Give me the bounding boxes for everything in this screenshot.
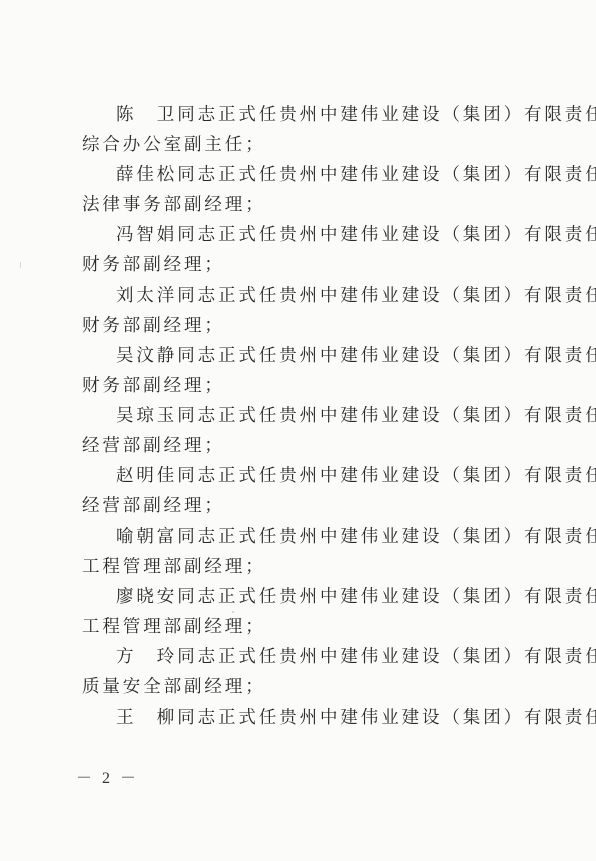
position-line: 财务部副经理； bbox=[82, 255, 225, 275]
position-line: 经营部副经理； bbox=[82, 436, 225, 456]
appointment-line: 刘太洋同志正式任贵州中建伟业建设（集团）有限责任公司 bbox=[116, 286, 596, 306]
appointment-text: 同志正式任贵州中建伟业建设（集团）有限责任公司 bbox=[177, 406, 596, 426]
person-name: 冯智娟 bbox=[116, 225, 177, 245]
appointment-text: 同志正式任贵州中建伟业建设（集团）有限责任公司 bbox=[177, 466, 596, 486]
appointment-text: 同志正式任贵州中建伟业建设（集团）有限责任公司 bbox=[177, 346, 596, 366]
appointment-line: 喻朝富同志正式任贵州中建伟业建设（集团）有限责任公司 bbox=[116, 527, 596, 547]
person-name: 玲 bbox=[157, 647, 177, 667]
person-name: 王 bbox=[116, 708, 136, 728]
person-name: 薛佳松 bbox=[116, 165, 177, 185]
scan-artifact bbox=[20, 262, 21, 268]
appointment-line: 吴汶静同志正式任贵州中建伟业建设（集团）有限责任公司 bbox=[116, 346, 596, 366]
appointment-text: 同志正式任贵州中建伟业建设（集团）有限责任公司 bbox=[177, 105, 596, 125]
appointment-text: 同志正式任贵州中建伟业建设（集团）有限责任公司 bbox=[177, 587, 596, 607]
position-line: 财务部副经理； bbox=[82, 316, 225, 336]
appointment-text: 同志正式任贵州中建伟业建设（集团）有限责任公司 bbox=[177, 708, 596, 728]
appointment-line: 薛佳松同志正式任贵州中建伟业建设（集团）有限责任公司 bbox=[116, 165, 596, 185]
appointment-line: 赵明佳同志正式任贵州中建伟业建设（集团）有限责任公司 bbox=[116, 466, 596, 486]
appointment-text: 同志正式任贵州中建伟业建设（集团）有限责任公司 bbox=[177, 165, 596, 185]
scan-artifact bbox=[232, 611, 234, 613]
appointment-line: 王柳同志正式任贵州中建伟业建设（集团）有限责任公司 bbox=[116, 708, 596, 728]
position-line: 经营部副经理； bbox=[82, 496, 225, 516]
appointment-text: 同志正式任贵州中建伟业建设（集团）有限责任公司 bbox=[177, 225, 596, 245]
position-line: 财务部副经理； bbox=[82, 376, 225, 396]
position-line: 综合办公室副主任； bbox=[82, 135, 266, 155]
position-line: 工程管理部副经理； bbox=[82, 617, 266, 637]
appointment-text: 同志正式任贵州中建伟业建设（集团）有限责任公司 bbox=[177, 527, 596, 547]
person-name: 陈 bbox=[116, 105, 136, 125]
appointment-text: 同志正式任贵州中建伟业建设（集团）有限责任公司 bbox=[177, 286, 596, 306]
position-line: 质量安全部副经理； bbox=[82, 677, 266, 697]
page-number: － 2 － bbox=[76, 769, 139, 789]
person-name: 廖晓安 bbox=[116, 587, 177, 607]
position-line: 工程管理部副经理； bbox=[82, 557, 266, 577]
appointment-text: 同志正式任贵州中建伟业建设（集团）有限责任公司 bbox=[177, 647, 596, 667]
appointment-line: 陈卫同志正式任贵州中建伟业建设（集团）有限责任公司 bbox=[116, 105, 596, 125]
position-line: 法律事务部副经理； bbox=[82, 195, 266, 215]
person-name: 柳 bbox=[157, 708, 177, 728]
person-name: 赵明佳 bbox=[116, 466, 177, 486]
document-page: 陈卫同志正式任贵州中建伟业建设（集团）有限责任公司 综合办公室副主任； 薛佳松同… bbox=[0, 0, 596, 861]
person-name: 刘太洋 bbox=[116, 286, 177, 306]
person-name: 方 bbox=[116, 647, 136, 667]
appointment-line: 吴琼玉同志正式任贵州中建伟业建设（集团）有限责任公司 bbox=[116, 406, 596, 426]
person-name: 喻朝富 bbox=[116, 527, 177, 547]
person-name: 卫 bbox=[157, 105, 177, 125]
appointment-line: 廖晓安同志正式任贵州中建伟业建设（集团）有限责任公司 bbox=[116, 587, 596, 607]
person-name: 吴汶静 bbox=[116, 346, 177, 366]
appointment-line: 方玲同志正式任贵州中建伟业建设（集团）有限责任公司 bbox=[116, 647, 596, 667]
appointment-line: 冯智娟同志正式任贵州中建伟业建设（集团）有限责任公司 bbox=[116, 225, 596, 245]
person-name: 吴琼玉 bbox=[116, 406, 177, 426]
